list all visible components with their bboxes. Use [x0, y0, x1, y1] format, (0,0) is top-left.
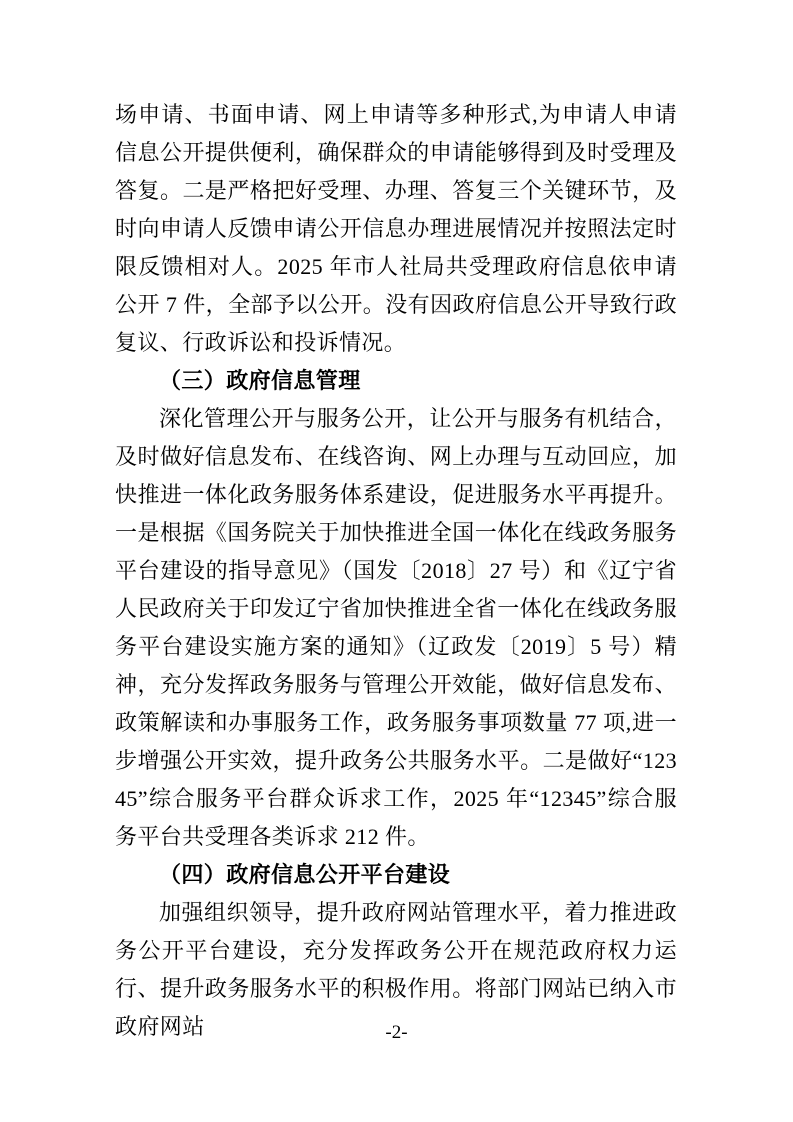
document-page: 场申请、书面申请、网上申请等多种形式,为申请人申请信息公开提供便利，确保群众的申…: [0, 0, 793, 1122]
section-heading: （三）政府信息管理: [115, 362, 677, 400]
body-paragraph: 深化管理公开与服务公开，让公开与服务有机结合，及时做好信息发布、在线咨询、网上办…: [115, 400, 677, 856]
body-paragraph: 场申请、书面申请、网上申请等多种形式,为申请人申请信息公开提供便利，确保群众的申…: [115, 96, 677, 362]
document-body: 场申请、书面申请、网上申请等多种形式,为申请人申请信息公开提供便利，确保群众的申…: [115, 96, 677, 1046]
section-heading: （四）政府信息公开平台建设: [115, 856, 677, 894]
page-number: -2-: [0, 1021, 793, 1045]
